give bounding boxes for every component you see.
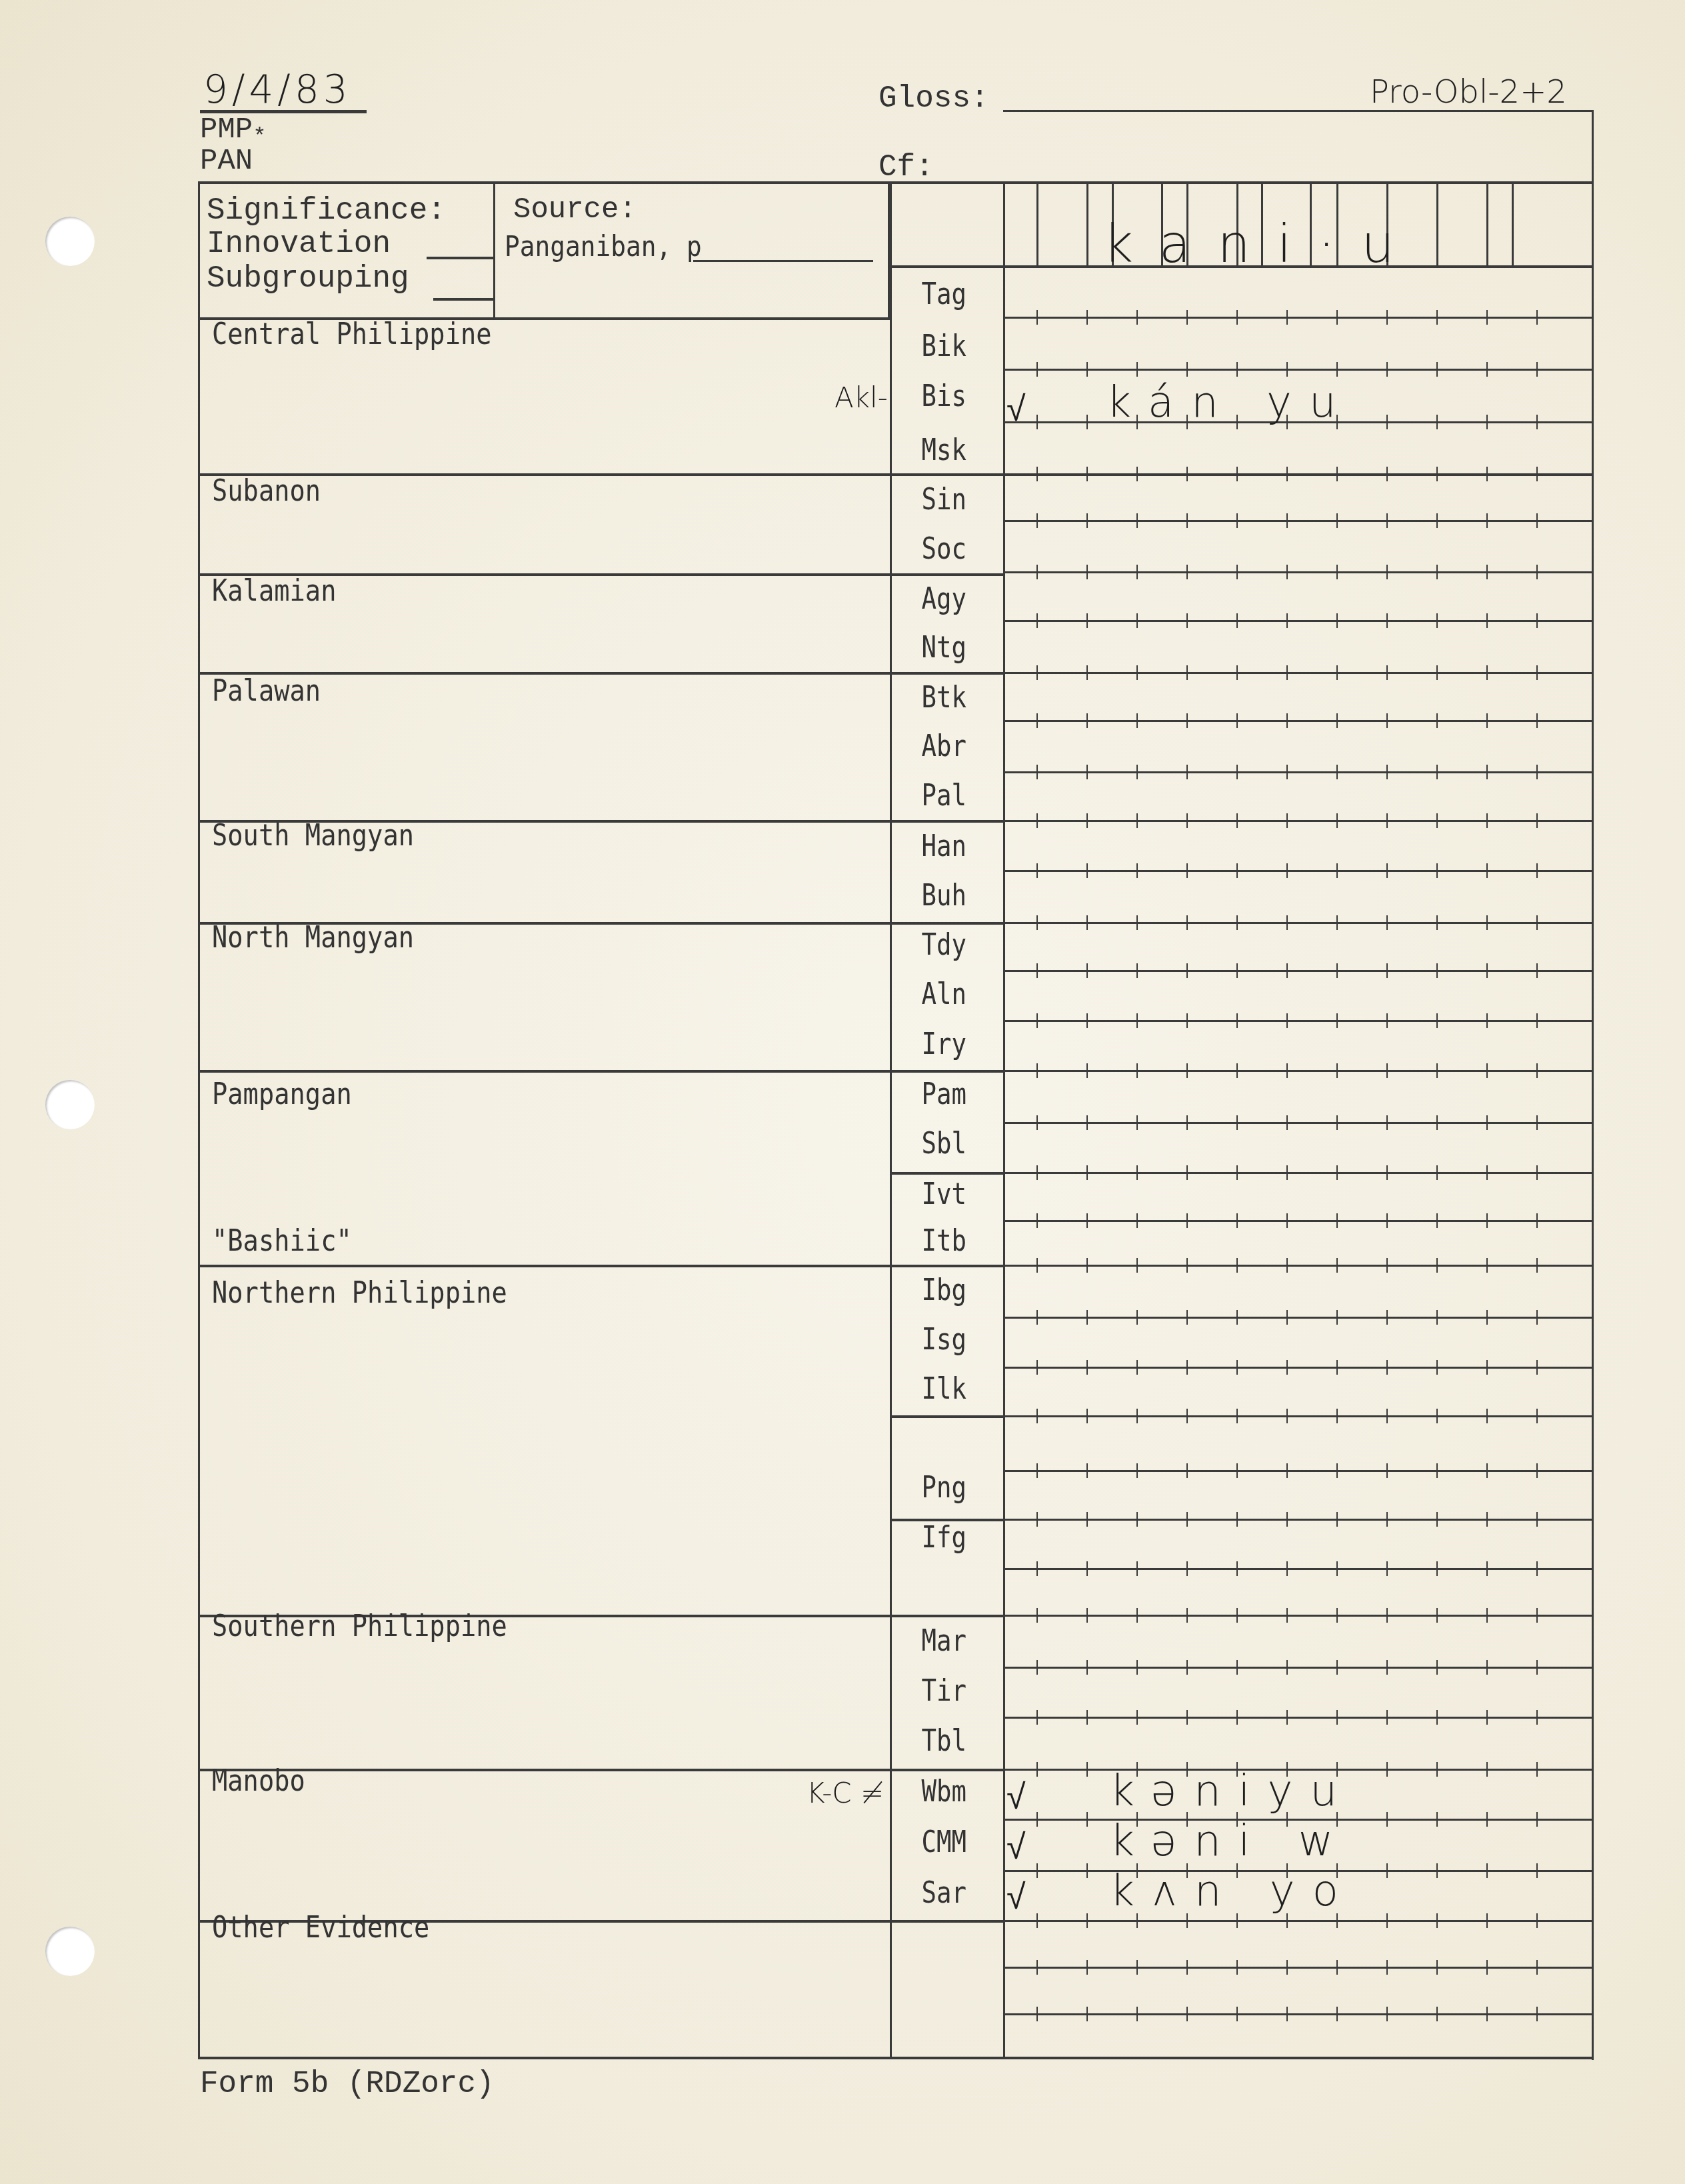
row-tick-mark xyxy=(1236,1710,1238,1725)
row-tick-mark xyxy=(1336,613,1338,628)
row-tick-mark xyxy=(1086,613,1088,628)
row-tick-mark xyxy=(1286,1360,1288,1375)
lang-ifg: Ifg xyxy=(904,1523,967,1553)
row-tick-mark xyxy=(1386,1213,1388,1228)
row-tick-mark xyxy=(1236,1013,1238,1028)
entry-row-line xyxy=(1003,1667,1593,1669)
innovation-field[interactable] xyxy=(427,257,493,259)
row-tick-mark xyxy=(1486,1258,1488,1273)
row-tick-mark xyxy=(1036,1409,1038,1423)
row-tick-mark xyxy=(1436,1512,1438,1527)
row-tick-mark xyxy=(1036,1165,1038,1180)
row-tick-mark xyxy=(1286,1013,1288,1028)
row-tick-mark xyxy=(1436,1863,1438,1878)
subgrouping-label: Subgrouping xyxy=(207,261,409,296)
entry-row-line xyxy=(1003,473,1593,475)
entry-row-line xyxy=(1003,520,1593,522)
row-tick-mark xyxy=(1286,963,1288,978)
row-tick-mark xyxy=(1486,310,1488,325)
row-tick-mark xyxy=(1436,1913,1438,1928)
row-tick-mark xyxy=(1486,1360,1488,1375)
row-tick-mark xyxy=(1536,1762,1538,1777)
lang-pal: Pal xyxy=(904,781,967,811)
significance-source-divider xyxy=(493,181,495,320)
row-tick-mark xyxy=(1236,1165,1238,1180)
row-tick-mark xyxy=(1236,813,1238,828)
row-tick-mark xyxy=(1086,513,1088,528)
innovation-label: Innovation xyxy=(207,227,391,261)
source-page-field[interactable] xyxy=(693,260,873,262)
subgrouping-field[interactable] xyxy=(433,298,493,301)
entry-row-line xyxy=(1003,1470,1593,1472)
row-tick-mark xyxy=(1536,1165,1538,1180)
row-tick-mark xyxy=(1536,1608,1538,1623)
row-tick-mark xyxy=(1136,310,1138,325)
section-north-mangyan: North Mangyan xyxy=(212,923,414,953)
entry-row-line xyxy=(1003,1317,1593,1319)
check-bis: √ xyxy=(1006,392,1026,427)
lang-sbl: Sbl xyxy=(904,1129,967,1159)
entry-row-line xyxy=(1003,1920,1593,1922)
row-tick-mark xyxy=(1186,1258,1188,1273)
slot-12 xyxy=(1486,181,1488,267)
row-tick-mark xyxy=(1386,1310,1388,1325)
row-tick-mark xyxy=(1536,863,1538,878)
entry-row-line xyxy=(1003,1265,1593,1267)
row-tick-mark xyxy=(1536,665,1538,680)
row-tick-mark xyxy=(1436,1213,1438,1228)
row-tick-mark xyxy=(1486,1512,1488,1527)
row-tick-mark xyxy=(1286,1463,1288,1478)
section-subanon: Subanon xyxy=(212,477,321,506)
row-tick-mark xyxy=(1086,765,1088,779)
row-tick-mark xyxy=(1286,513,1288,528)
row-tick-mark xyxy=(1536,565,1538,579)
lang-bik: Bik xyxy=(904,332,967,361)
row-tick-mark xyxy=(1236,1360,1238,1375)
entry-row-line xyxy=(1003,771,1593,773)
source-value: Panganiban, p xyxy=(505,230,702,263)
row-tick-mark xyxy=(1186,1561,1188,1576)
row-tick-mark xyxy=(1236,565,1238,579)
row-tick-mark xyxy=(1386,1863,1388,1878)
row-tick-mark xyxy=(1036,1512,1038,1527)
row-tick-mark xyxy=(1036,1863,1038,1878)
row-tick-mark xyxy=(1336,310,1338,325)
row-tick-mark xyxy=(1136,1115,1138,1130)
row-tick-mark xyxy=(1286,915,1288,930)
row-tick-mark xyxy=(1336,1409,1338,1423)
row-tick-mark xyxy=(1136,1561,1138,1576)
row-tick-mark xyxy=(1536,310,1538,325)
row-tick-mark xyxy=(1436,915,1438,930)
row-tick-mark xyxy=(1436,1013,1438,1028)
entry-row-line xyxy=(1003,1717,1593,1719)
row-tick-mark xyxy=(1036,362,1038,377)
row-tick-mark xyxy=(1486,1608,1488,1623)
row-tick-mark xyxy=(1486,963,1488,978)
row-tick-mark xyxy=(1036,1608,1038,1623)
row-tick-mark xyxy=(1186,1512,1188,1527)
row-tick-mark xyxy=(1186,1409,1188,1423)
lang-bis: Bis xyxy=(904,382,967,411)
row-tick-mark xyxy=(1136,1013,1138,1028)
row-tick-mark xyxy=(1486,1463,1488,1478)
row-tick-mark xyxy=(1486,1913,1488,1928)
row-tick-mark xyxy=(1036,1258,1038,1273)
row-tick-mark xyxy=(1036,1710,1038,1725)
row-tick-mark xyxy=(1236,1960,1238,1975)
row-tick-mark xyxy=(1536,1561,1538,1576)
row-tick-mark xyxy=(1486,513,1488,528)
divider-pampangan xyxy=(198,1070,1004,1073)
entry-row-line xyxy=(1003,317,1593,319)
row-tick-mark xyxy=(1536,513,1538,528)
row-tick-mark xyxy=(1036,1660,1038,1675)
row-tick-mark xyxy=(1336,963,1338,978)
row-tick-mark xyxy=(1436,1165,1438,1180)
row-tick-mark xyxy=(1486,765,1488,779)
row-tick-mark xyxy=(1336,1258,1338,1273)
row-tick-mark xyxy=(1336,813,1338,828)
reconstruction-form: kani·u xyxy=(1103,215,1421,275)
row-tick-mark xyxy=(1486,1660,1488,1675)
entry-row-line xyxy=(1003,620,1593,622)
entry-row-line xyxy=(1003,970,1593,972)
form-cmm: kəni w xyxy=(1110,1820,1350,1863)
row-tick-mark xyxy=(1086,1213,1088,1228)
row-tick-mark xyxy=(1236,1660,1238,1675)
row-tick-mark xyxy=(1386,1561,1388,1576)
row-tick-mark xyxy=(1286,1561,1288,1576)
row-tick-mark xyxy=(1336,1463,1338,1478)
row-tick-mark xyxy=(1286,467,1288,481)
row-tick-mark xyxy=(1286,310,1288,325)
row-tick-mark xyxy=(1086,310,1088,325)
row-tick-mark xyxy=(1236,915,1238,930)
row-tick-mark xyxy=(1136,1063,1138,1078)
row-tick-mark xyxy=(1436,1310,1438,1325)
row-tick-mark xyxy=(1086,467,1088,481)
row-tick-mark xyxy=(1186,613,1188,628)
row-tick-mark xyxy=(1286,2007,1288,2021)
row-tick-mark xyxy=(1436,963,1438,978)
row-tick-mark xyxy=(1486,1812,1488,1827)
section-manobo: Manobo xyxy=(212,1767,305,1796)
reference-code: Pro-Obl-2+2 xyxy=(1370,73,1567,111)
row-tick-mark xyxy=(1386,513,1388,528)
row-tick-mark xyxy=(1336,467,1338,481)
entry-row-line xyxy=(1003,1568,1593,1570)
lang-tir: Tir xyxy=(904,1677,967,1706)
row-tick-mark xyxy=(1536,2007,1538,2021)
entry-row-line xyxy=(1003,922,1593,924)
row-tick-mark xyxy=(1136,813,1138,828)
lang-buh: Buh xyxy=(904,881,967,911)
row-tick-mark xyxy=(1136,1258,1138,1273)
row-tick-mark xyxy=(1386,1013,1388,1028)
lang-png: Png xyxy=(904,1473,967,1503)
row-tick-mark xyxy=(1486,1063,1488,1078)
section-central-philippine: Central Philippine xyxy=(212,320,492,349)
gloss-label: Gloss: xyxy=(878,81,989,116)
row-tick-mark xyxy=(1386,1660,1388,1675)
row-tick-mark xyxy=(1136,1360,1138,1375)
row-tick-mark xyxy=(1186,1213,1188,1228)
header-right-border xyxy=(1592,110,1594,2060)
row-tick-mark xyxy=(1286,1165,1288,1180)
section-northern-philippine: Northern Philippine xyxy=(212,1279,507,1308)
row-tick-mark xyxy=(1186,362,1188,377)
row-tick-mark xyxy=(1136,1409,1138,1423)
section-other-evidence: Other Evidence xyxy=(212,1913,429,1943)
row-tick-mark xyxy=(1186,713,1188,728)
entry-row-line xyxy=(1003,672,1593,674)
row-tick-mark xyxy=(1086,362,1088,377)
row-tick-mark xyxy=(1486,1310,1488,1325)
row-tick-mark xyxy=(1286,1213,1288,1228)
row-tick-mark xyxy=(1086,415,1088,429)
row-tick-mark xyxy=(1336,713,1338,728)
row-tick-mark xyxy=(1136,1512,1138,1527)
row-tick-mark xyxy=(1286,1608,1288,1623)
lang-ilk: Ilk xyxy=(904,1375,967,1404)
slot-2 xyxy=(1086,181,1088,267)
row-tick-mark xyxy=(1086,713,1088,728)
row-tick-mark xyxy=(1486,1762,1488,1777)
row-tick-mark xyxy=(1086,813,1088,828)
section-bashiic: "Bashiic" xyxy=(212,1227,352,1256)
row-tick-mark xyxy=(1286,813,1288,828)
slot-11 xyxy=(1436,181,1438,267)
row-tick-mark xyxy=(1436,1710,1438,1725)
row-tick-mark xyxy=(1436,1258,1438,1273)
row-tick-mark xyxy=(1286,1115,1288,1130)
row-tick-mark xyxy=(1036,467,1038,481)
row-tick-mark xyxy=(1236,765,1238,779)
row-tick-mark xyxy=(1036,713,1038,728)
row-tick-mark xyxy=(1536,1310,1538,1325)
entry-row-line xyxy=(1003,2013,1593,2015)
entry-row-line xyxy=(1003,1367,1593,1369)
row-tick-mark xyxy=(1036,765,1038,779)
row-tick-mark xyxy=(1386,1258,1388,1273)
row-tick-mark xyxy=(1036,665,1038,680)
row-tick-mark xyxy=(1286,565,1288,579)
row-tick-mark xyxy=(1386,1608,1388,1623)
section-pampangan: Pampangan xyxy=(212,1080,352,1109)
row-tick-mark xyxy=(1386,1165,1388,1180)
row-tick-mark xyxy=(1386,915,1388,930)
row-tick-mark xyxy=(1486,1863,1488,1878)
row-tick-mark xyxy=(1086,1660,1088,1675)
row-tick-mark xyxy=(1486,415,1488,429)
row-tick-mark xyxy=(1086,2007,1088,2021)
row-tick-mark xyxy=(1286,665,1288,680)
punch-hole-top xyxy=(45,217,95,266)
row-tick-mark xyxy=(1186,1165,1188,1180)
row-tick-mark xyxy=(1136,362,1138,377)
row-tick-mark xyxy=(1536,1360,1538,1375)
row-tick-mark xyxy=(1286,1409,1288,1423)
row-tick-mark xyxy=(1486,613,1488,628)
row-tick-mark xyxy=(1186,813,1188,828)
section-southern-philippine: Southern Philippine xyxy=(212,1612,507,1641)
entry-row-line xyxy=(1003,1967,1593,1969)
row-tick-mark xyxy=(1036,963,1038,978)
row-tick-mark xyxy=(1436,415,1438,429)
entry-row-line xyxy=(1003,1020,1593,1022)
check-wbm: √ xyxy=(1006,1780,1026,1815)
check-sar: √ xyxy=(1006,1880,1026,1915)
row-tick-mark xyxy=(1036,1463,1038,1478)
row-tick-mark xyxy=(1386,2007,1388,2021)
row-tick-mark xyxy=(1436,1608,1438,1623)
row-tick-mark xyxy=(1386,1063,1388,1078)
date-handwritten: 9/4/83 xyxy=(203,67,352,112)
row-tick-mark xyxy=(1486,1165,1488,1180)
lang-prefix-kc: K-C ≠ xyxy=(807,1777,884,1809)
row-tick-mark xyxy=(1036,513,1038,528)
row-tick-mark xyxy=(1086,1762,1088,1777)
row-tick-mark xyxy=(1086,1013,1088,1028)
row-tick-mark xyxy=(1186,565,1188,579)
row-tick-mark xyxy=(1436,665,1438,680)
row-tick-mark xyxy=(1136,2007,1138,2021)
lang-tbl: Tbl xyxy=(904,1727,967,1756)
row-tick-mark xyxy=(1436,1063,1438,1078)
row-tick-mark xyxy=(1486,1115,1488,1130)
row-tick-mark xyxy=(1136,1710,1138,1725)
row-tick-mark xyxy=(1386,1463,1388,1478)
lang-han: Han xyxy=(904,832,967,861)
row-tick-mark xyxy=(1236,863,1238,878)
row-tick-mark xyxy=(1486,2007,1488,2021)
row-tick-mark xyxy=(1336,1660,1338,1675)
section-south-mangyan: South Mangyan xyxy=(212,821,414,851)
row-tick-mark xyxy=(1136,665,1138,680)
row-tick-mark xyxy=(1036,1310,1038,1325)
row-tick-mark xyxy=(1386,665,1388,680)
row-tick-mark xyxy=(1036,2007,1038,2021)
row-tick-mark xyxy=(1386,1762,1388,1777)
row-tick-mark xyxy=(1186,765,1188,779)
row-tick-mark xyxy=(1436,1360,1438,1375)
lang-btk: Btk xyxy=(904,683,967,713)
lang-prefix-akl: Akl- xyxy=(835,381,888,414)
row-tick-mark xyxy=(1436,1561,1438,1576)
row-tick-mark xyxy=(1536,813,1538,828)
row-tick-mark xyxy=(1336,1710,1338,1725)
lang-sin: Sin xyxy=(904,485,967,515)
row-tick-mark xyxy=(1336,863,1338,878)
row-tick-mark xyxy=(1086,1360,1088,1375)
row-tick-mark xyxy=(1536,1258,1538,1273)
row-tick-mark xyxy=(1386,467,1388,481)
row-tick-mark xyxy=(1386,863,1388,878)
lang-wbm: Wbm xyxy=(904,1777,967,1807)
row-tick-mark xyxy=(1386,813,1388,828)
row-tick-mark xyxy=(1136,467,1138,481)
row-tick-mark xyxy=(1486,915,1488,930)
entry-row-line xyxy=(1003,1615,1593,1617)
row-tick-mark xyxy=(1036,1115,1038,1130)
row-tick-mark xyxy=(1536,1913,1538,1928)
row-tick-mark xyxy=(1086,1310,1088,1325)
row-tick-mark xyxy=(1186,963,1188,978)
row-tick-mark xyxy=(1136,713,1138,728)
row-tick-mark xyxy=(1086,1561,1088,1576)
row-tick-mark xyxy=(1086,1063,1088,1078)
row-tick-mark xyxy=(1236,713,1238,728)
row-tick-mark xyxy=(1236,1063,1238,1078)
row-tick-mark xyxy=(1086,1115,1088,1130)
punch-hole-bottom xyxy=(45,1927,95,1976)
row-tick-mark xyxy=(1336,915,1338,930)
row-tick-mark xyxy=(1236,1512,1238,1527)
row-tick-mark xyxy=(1236,310,1238,325)
row-tick-mark xyxy=(1186,1063,1188,1078)
row-tick-mark xyxy=(1036,1913,1038,1928)
lang-agy: Agy xyxy=(904,585,967,614)
entry-row-line xyxy=(1003,1415,1593,1417)
lang-iry: Iry xyxy=(904,1030,967,1059)
lang-isg: Isg xyxy=(904,1325,967,1355)
row-tick-mark xyxy=(1436,362,1438,377)
row-tick-mark xyxy=(1236,1258,1238,1273)
row-tick-mark xyxy=(1036,1762,1038,1777)
row-tick-mark xyxy=(1286,863,1288,878)
row-tick-mark xyxy=(1036,1063,1038,1078)
row-tick-mark xyxy=(1186,1660,1188,1675)
form-wbm: kəniyu xyxy=(1110,1770,1354,1813)
row-tick-mark xyxy=(1086,1165,1088,1180)
row-tick-mark xyxy=(1436,613,1438,628)
row-tick-mark xyxy=(1186,310,1188,325)
row-tick-mark xyxy=(1386,1360,1388,1375)
row-tick-mark xyxy=(1436,513,1438,528)
entry-row-line xyxy=(1003,1519,1593,1521)
row-tick-mark xyxy=(1386,1913,1388,1928)
row-tick-mark xyxy=(1286,765,1288,779)
lang-soc: Soc xyxy=(904,535,967,564)
divider-manobo xyxy=(198,1769,1004,1771)
row-tick-mark xyxy=(1486,713,1488,728)
entry-row-line xyxy=(1003,1172,1593,1174)
punch-hole-middle xyxy=(45,1080,95,1129)
row-tick-mark xyxy=(1186,863,1188,878)
row-tick-mark xyxy=(1086,1812,1088,1827)
row-tick-mark xyxy=(1536,1115,1538,1130)
row-tick-mark xyxy=(1536,1013,1538,1028)
row-tick-mark xyxy=(1236,1115,1238,1130)
row-tick-mark xyxy=(1086,1608,1088,1623)
lang-msk: Msk xyxy=(904,436,967,465)
row-tick-mark xyxy=(1386,765,1388,779)
row-tick-mark xyxy=(1086,915,1088,930)
row-tick-mark xyxy=(1336,1310,1338,1325)
row-tick-mark xyxy=(1036,565,1038,579)
row-tick-mark xyxy=(1336,1063,1338,1078)
row-tick-mark xyxy=(1086,1863,1088,1878)
divider-png xyxy=(890,1415,1004,1418)
entry-row-line xyxy=(1003,369,1593,371)
row-tick-mark xyxy=(1286,362,1288,377)
divider-bashiic-lang xyxy=(890,1172,1004,1175)
row-tick-mark xyxy=(1236,1213,1238,1228)
row-tick-mark xyxy=(1236,2007,1238,2021)
row-tick-mark xyxy=(1486,362,1488,377)
